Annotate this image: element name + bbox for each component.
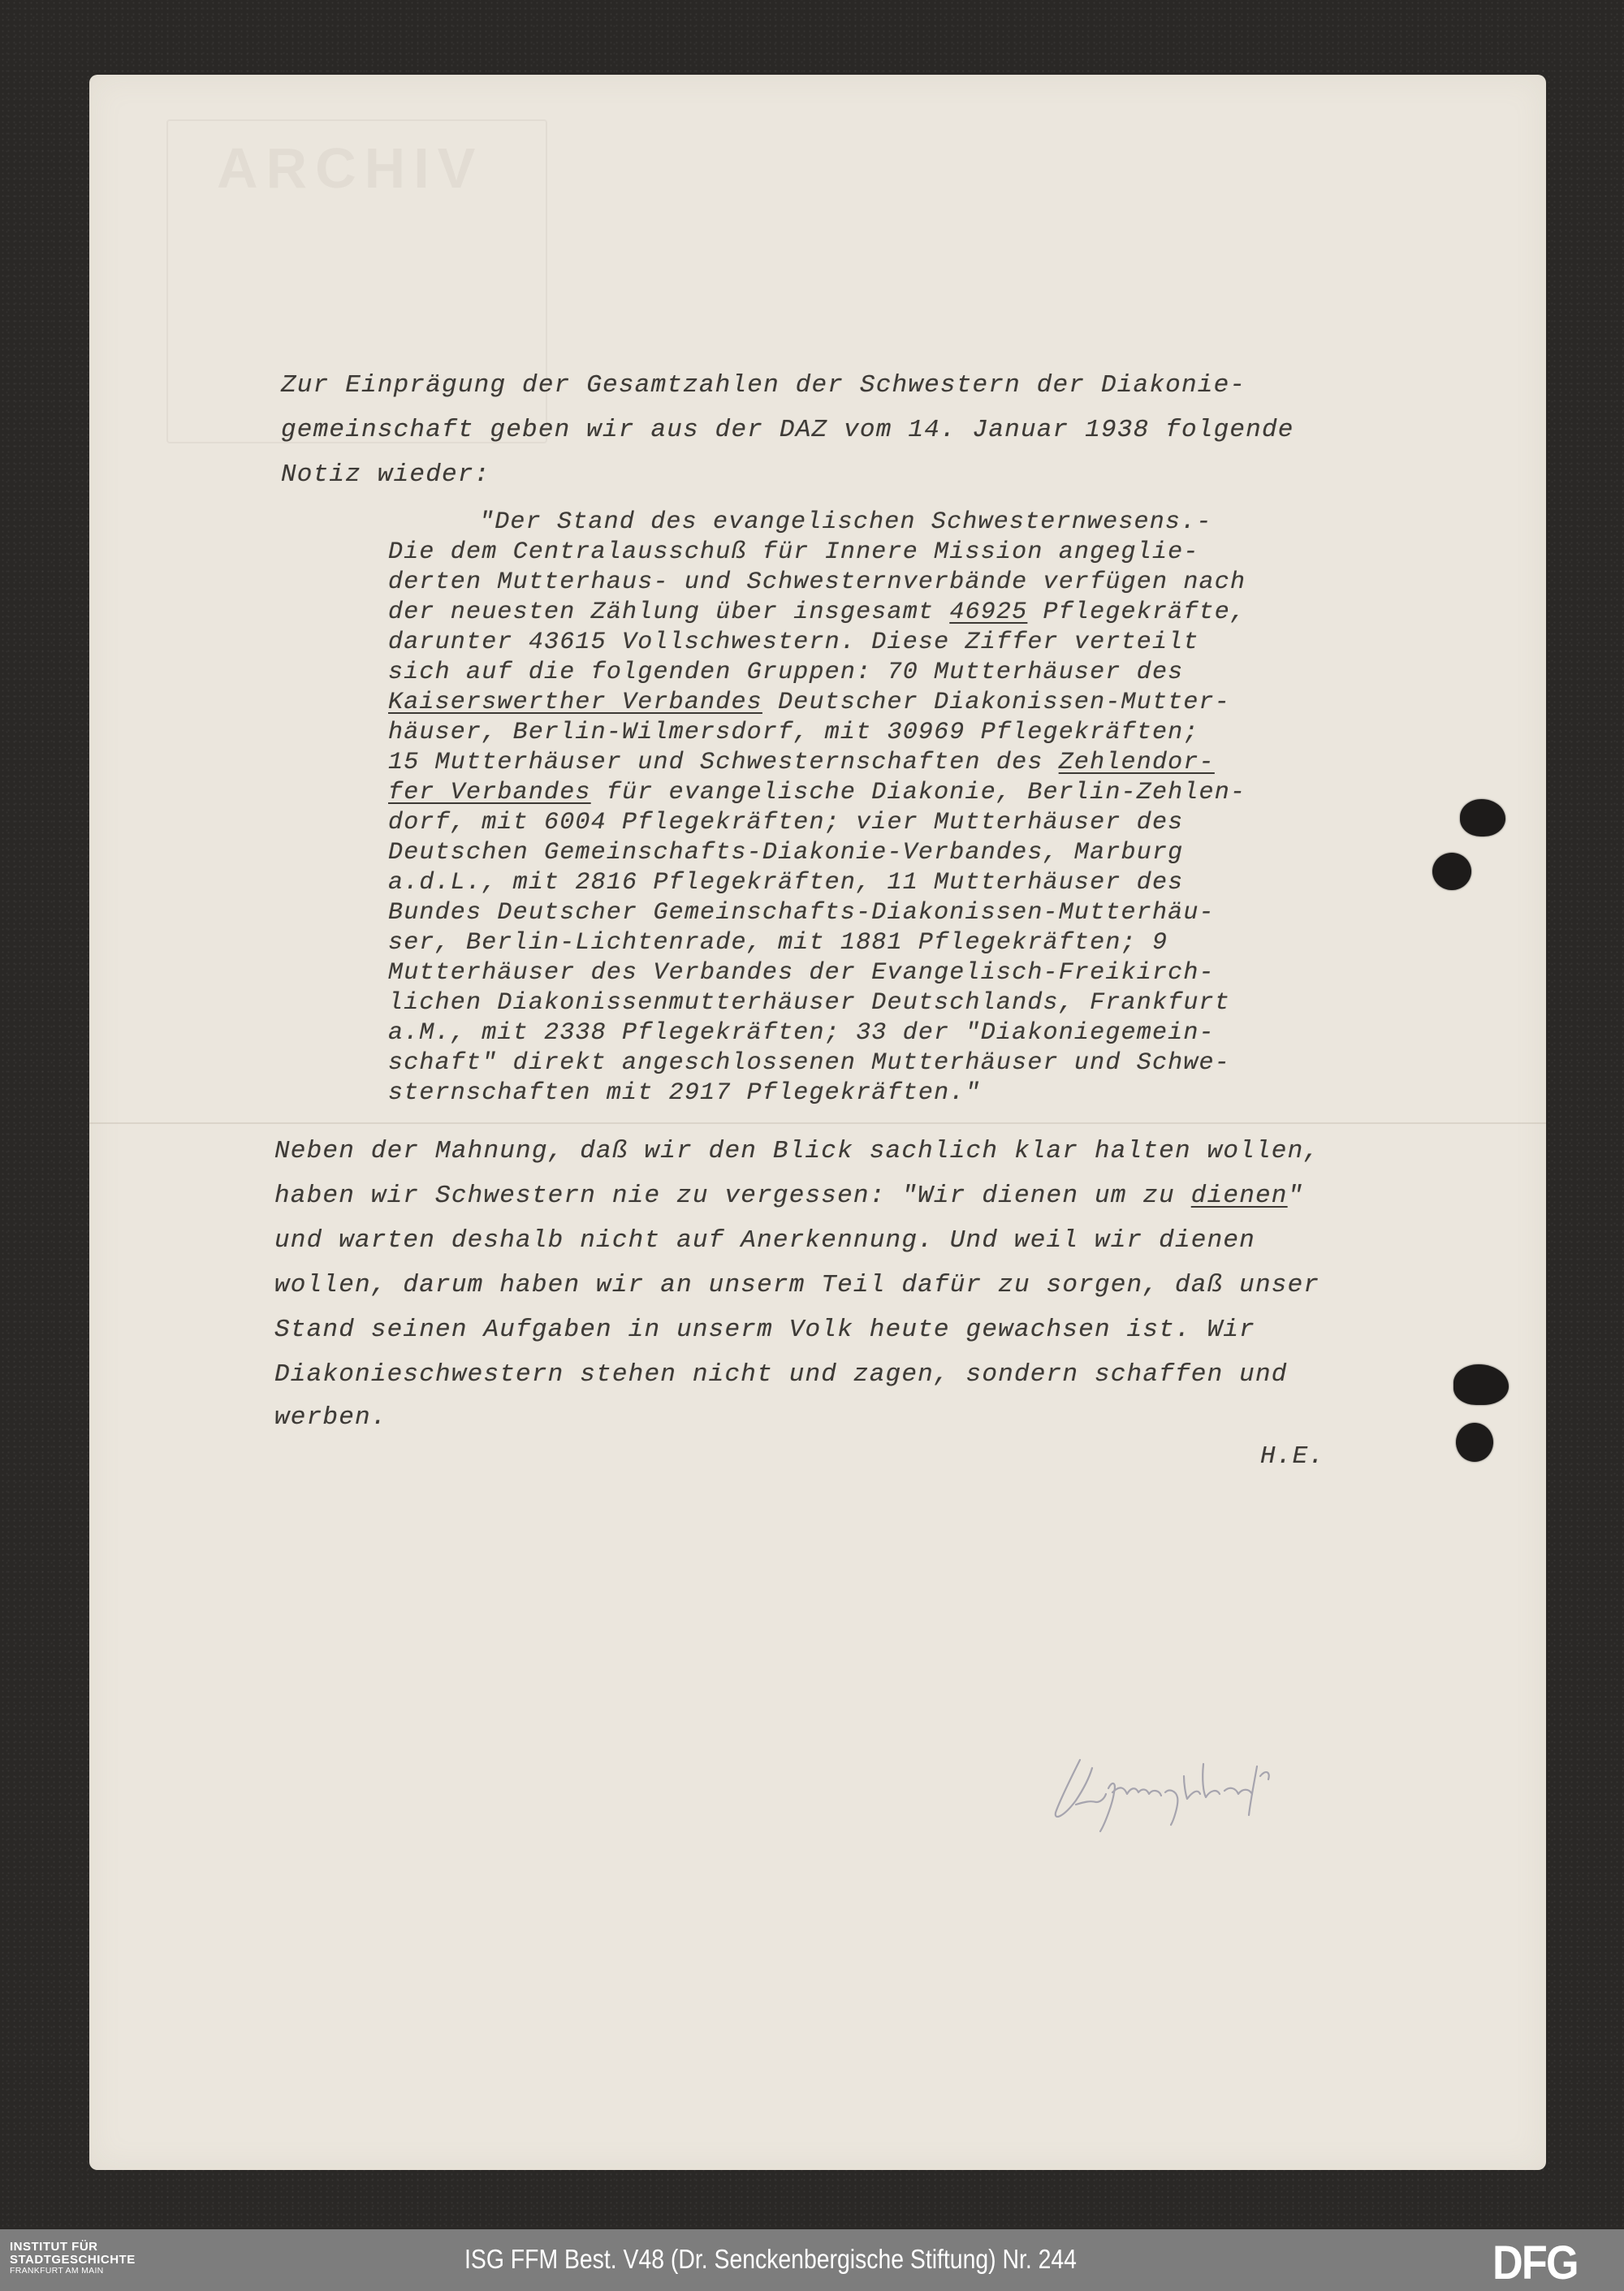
quote-line: Die dem Centralausschuß für Innere Missi… <box>388 538 1199 566</box>
quote-line: a.d.L., mit 2816 Pflegekräften, 11 Mutte… <box>388 869 1183 897</box>
underlined-kaiserswerther: Kaiserswerther Verbandes <box>388 689 762 716</box>
underlined-total: 46925 <box>949 599 1027 626</box>
quote-line: Deutschen Gemeinschafts-Diakonie-Verband… <box>388 839 1183 867</box>
text-segment: der neuesten Zählung über insgesamt <box>388 599 949 626</box>
quote-line: der neuesten Zählung über insgesamt 4692… <box>388 599 1246 626</box>
quote-line: 15 Mutterhäuser und Schwesternschaften d… <box>388 749 1215 776</box>
quote-line: dorf, mit 6004 Pflegekräften; vier Mutte… <box>388 809 1183 836</box>
closing-line: und warten deshalb nicht auf Anerkennung… <box>274 1226 1255 1255</box>
underlined-zehlendorfer: Zehlendor- <box>1059 749 1215 776</box>
logo-line: STADTGESCHICHTE <box>10 2254 136 2267</box>
intro-line: gemeinschaft geben wir aus der DAZ vom 1… <box>281 416 1294 444</box>
quote-line: häuser, Berlin-Wilmersdorf, mit 30969 Pf… <box>388 719 1199 746</box>
underlined-verbandes: fer Verbandes <box>388 779 591 806</box>
closing-line: Neben der Mahnung, daß wir den Blick sac… <box>274 1137 1319 1165</box>
quote-line: ser, Berlin-Lichtenrade, mit 1881 Pflege… <box>388 929 1168 957</box>
intro-line: Zur Einprägung der Gesamtzahlen der Schw… <box>281 371 1246 400</box>
quote-line: a.M., mit 2338 Pflegekräften; 33 der "Di… <box>388 1019 1215 1047</box>
text-segment: " <box>1288 1182 1304 1210</box>
archive-footer-bar: INSTITUT FÜR STADTGESCHICHTE FRANKFURT A… <box>0 2229 1624 2291</box>
quote-line: "Der Stand des evangelischen Schwesternw… <box>479 508 1212 536</box>
text-segment: 15 Mutterhäuser und Schwesternschaften d… <box>388 749 1059 776</box>
quote-line: Bundes Deutscher Gemeinschafts-Diakoniss… <box>388 899 1215 927</box>
handwritten-pencil-scrawl-icon <box>1047 1744 1405 1833</box>
closing-line: Diakonieschwestern stehen nicht und zage… <box>274 1360 1288 1389</box>
text-segment: für evangelische Diakonie, Berlin-Zehlen… <box>591 779 1246 806</box>
logo-line: INSTITUT FÜR <box>10 2241 136 2254</box>
quote-line: sternschaften mit 2917 Pflegekräften." <box>388 1079 981 1107</box>
closing-line: werben. <box>274 1403 387 1432</box>
closing-line: wollen, darum haben wir an unserm Teil d… <box>274 1271 1319 1299</box>
quote-line: Kaiserswerther Verbandes Deutscher Diako… <box>388 689 1230 716</box>
quote-line: schaft" direkt angeschlossenen Mutterhäu… <box>388 1049 1230 1077</box>
punch-hole <box>1432 853 1471 890</box>
stamp-text: ARCHIV <box>217 136 483 201</box>
closing-line: Stand seinen Aufgaben in unserm Volk heu… <box>274 1316 1255 1344</box>
intro-line: Notiz wieder: <box>281 460 490 489</box>
paper-fold-line <box>89 1122 1546 1124</box>
quote-line: darunter 43615 Vollschwestern. Diese Zif… <box>388 629 1199 656</box>
logo-line: FRANKFURT AM MAIN <box>10 2267 136 2276</box>
document-page: ARCHIV Zur Einprägung der Gesamtzahlen d… <box>89 75 1546 2170</box>
quote-line: fer Verbandes für evangelische Diakonie,… <box>388 779 1246 806</box>
quote-line: Mutterhäuser des Verbandes der Evangelis… <box>388 959 1215 987</box>
quote-line: lichen Diakonissenmutterhäuser Deutschla… <box>388 989 1230 1017</box>
text-segment: haben wir Schwestern nie zu vergessen: "… <box>274 1182 1191 1210</box>
dfg-logo: DFG <box>1492 2236 1578 2290</box>
archive-reference-caption: ISG FFM Best. V48 (Dr. Senckenbergische … <box>464 2244 1077 2275</box>
institute-logo: INSTITUT FÜR STADTGESCHICHTE FRANKFURT A… <box>10 2241 136 2276</box>
text-segment: Pflegekräfte, <box>1027 599 1246 626</box>
punch-hole <box>1453 1364 1509 1405</box>
signature-initials: H.E. <box>1260 1442 1324 1471</box>
quote-line: sich auf die folgenden Gruppen: 70 Mutte… <box>388 659 1183 686</box>
text-segment: Deutscher Diakonissen-Mutter- <box>762 689 1230 716</box>
closing-line: haben wir Schwestern nie zu vergessen: "… <box>274 1182 1303 1210</box>
quote-line: derten Mutterhaus- und Schwesternverbänd… <box>388 568 1246 596</box>
punch-hole <box>1456 1423 1493 1462</box>
underlined-dienen: dienen <box>1191 1182 1288 1210</box>
punch-hole <box>1460 799 1505 836</box>
